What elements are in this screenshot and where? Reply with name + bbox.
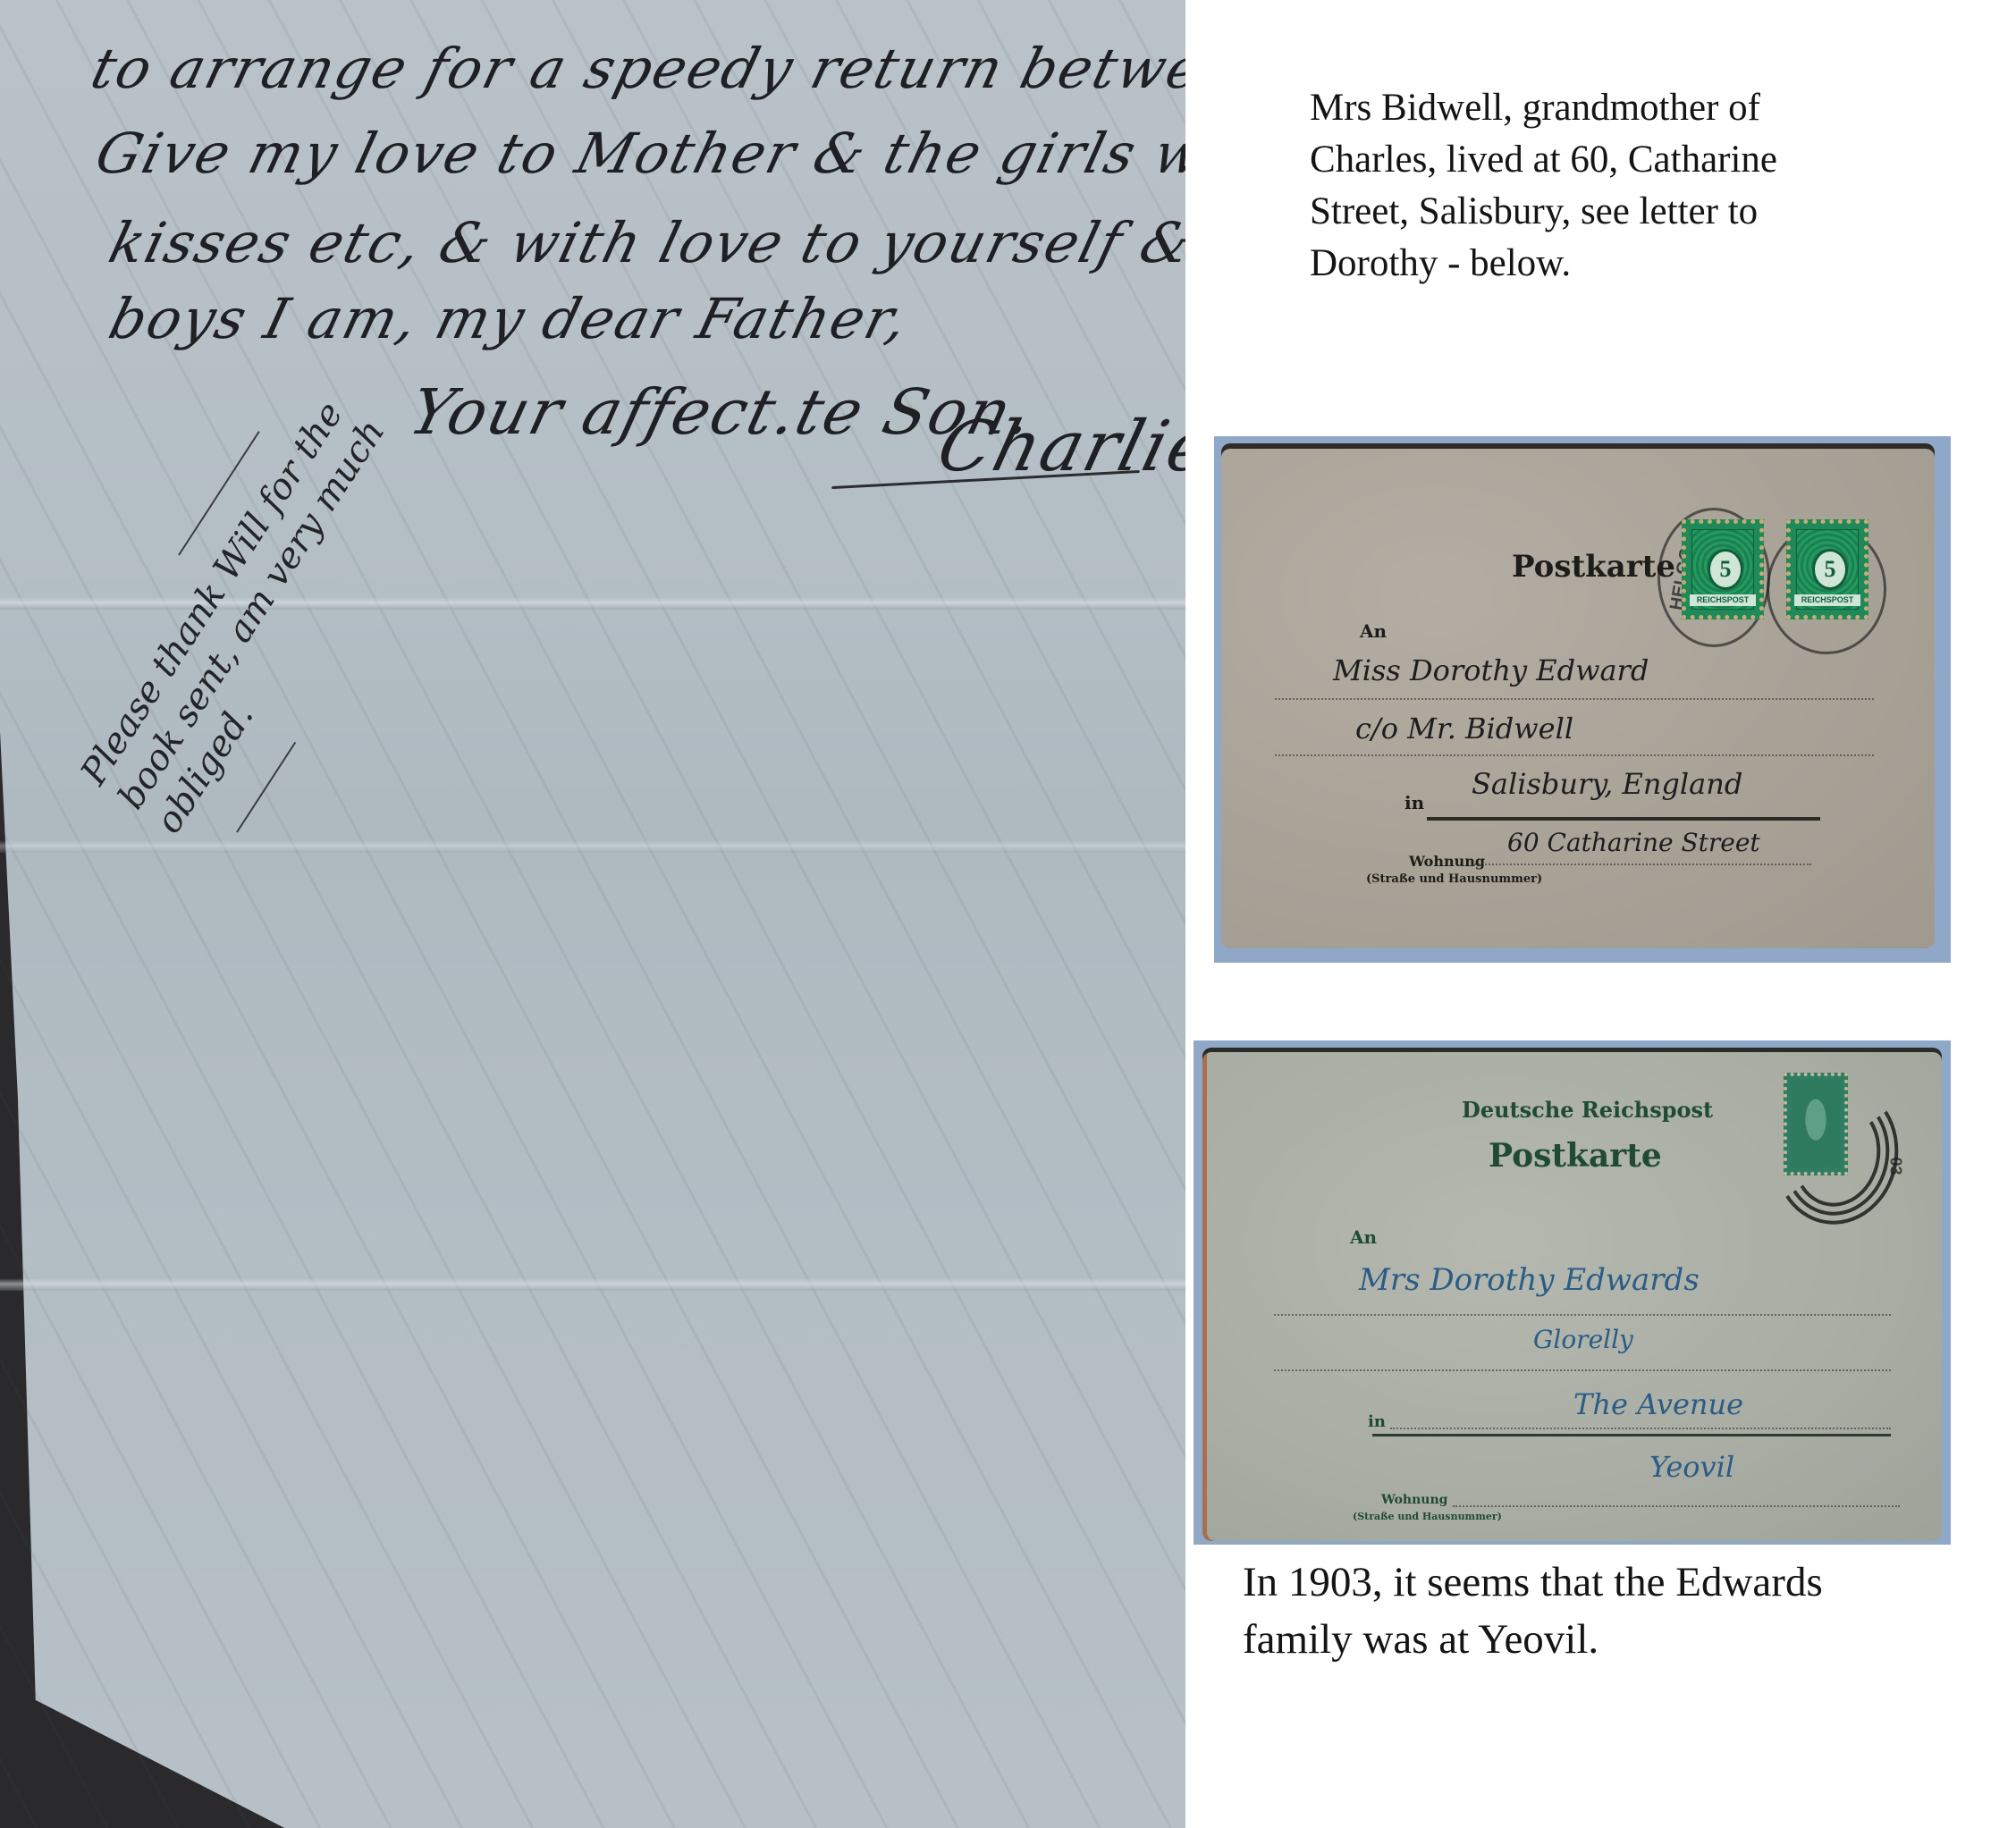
- stamp-label: REICHSPOST: [1690, 594, 1756, 606]
- address-line: Mrs Dorothy Edwards: [1359, 1262, 1700, 1298]
- stamp-value: 5: [1708, 549, 1743, 590]
- stamp-value: 5: [1812, 549, 1848, 590]
- note-line: Street, Salisbury, see letter to: [1310, 186, 1953, 238]
- paper-fold: [0, 1278, 1185, 1291]
- stamp-label: REICHSPOST: [1794, 594, 1860, 606]
- letter-line: Give my love to Mother & the girls with: [89, 121, 1185, 186]
- label-in: in: [1404, 792, 1424, 813]
- note-line: Charles, lived at 60, Catharine: [1310, 134, 1953, 186]
- stamp-icon: 5 REICHSPOST: [1682, 519, 1764, 619]
- label-wohnung-sub: (Straße und Hausnummer): [1353, 1511, 1502, 1522]
- postmark-date: 03: [1886, 1157, 1905, 1175]
- label-wohnung: Wohnung: [1409, 853, 1485, 870]
- note-yeovil: In 1903, it seems that the Edwards famil…: [1243, 1554, 1958, 1668]
- label-wohnung: Wohnung: [1381, 1493, 1447, 1507]
- address-line: The Avenue: [1573, 1387, 1743, 1421]
- address-line: c/o Mr. Bidwell: [1355, 712, 1573, 746]
- note-line: family was at Yeovil.: [1243, 1611, 1958, 1668]
- postcard-photo-2: Deutsche Reichspost Postkarte 03 An Mrs …: [1194, 1040, 1951, 1545]
- address-line: 60 Catharine Street: [1507, 828, 1760, 857]
- postcard-title: Postkarte: [1489, 1137, 1662, 1175]
- paper-fold: [0, 840, 1185, 853]
- note-line: In 1903, it seems that the Edwards: [1243, 1554, 1958, 1611]
- address-dotted-line: [1453, 1505, 1900, 1507]
- label-an: An: [1350, 1226, 1377, 1248]
- label-wohnung-sub: (Straße und Hausnummer): [1366, 872, 1542, 886]
- address-line: Glorelly: [1533, 1325, 1633, 1354]
- letter-line: kisses etc, & with love to yourself & th…: [103, 210, 1185, 275]
- address-dotted-line: [1275, 698, 1874, 700]
- postcard-1: Postkarte HELGO 5 REICHSPOST 5 REICHSPOS…: [1221, 443, 1935, 948]
- label-in: in: [1368, 1412, 1386, 1431]
- letter-line: boys I am, my dear Father,: [103, 286, 915, 351]
- address-line: Yeovil: [1649, 1450, 1734, 1484]
- address-dotted-line: [1472, 863, 1811, 865]
- address-dotted-line: [1274, 1369, 1891, 1371]
- postcard-2: Deutsche Reichspost Postkarte 03 An Mrs …: [1202, 1048, 1942, 1541]
- address-line: Miss Dorothy Edward: [1333, 653, 1649, 687]
- address-dotted-line: [1275, 754, 1874, 756]
- postcard-photo-1: Postkarte HELGO 5 REICHSPOST 5 REICHSPOS…: [1214, 436, 1951, 963]
- postcard-title: Postkarte: [1512, 549, 1675, 585]
- note-line: Mrs Bidwell, grandmother of: [1310, 82, 1953, 134]
- address-solid-line: [1427, 817, 1820, 821]
- note-bidwell: Mrs Bidwell, grandmother of Charles, liv…: [1310, 82, 1953, 290]
- label-an: An: [1360, 620, 1387, 642]
- postcard-header: Deutsche Reichspost: [1462, 1097, 1713, 1123]
- note-line: Dorothy - below.: [1310, 238, 1953, 290]
- address-line: Salisbury, England: [1472, 767, 1742, 801]
- letter-line: to arrange for a speedy return between u…: [85, 36, 1185, 101]
- address-dotted-line: [1390, 1428, 1891, 1429]
- address-dotted-line: [1274, 1314, 1891, 1316]
- address-solid-line: [1372, 1434, 1891, 1436]
- stamp-icon: 5 REICHSPOST: [1786, 519, 1868, 619]
- letter-photo: to arrange for a speedy return between u…: [0, 0, 1185, 1828]
